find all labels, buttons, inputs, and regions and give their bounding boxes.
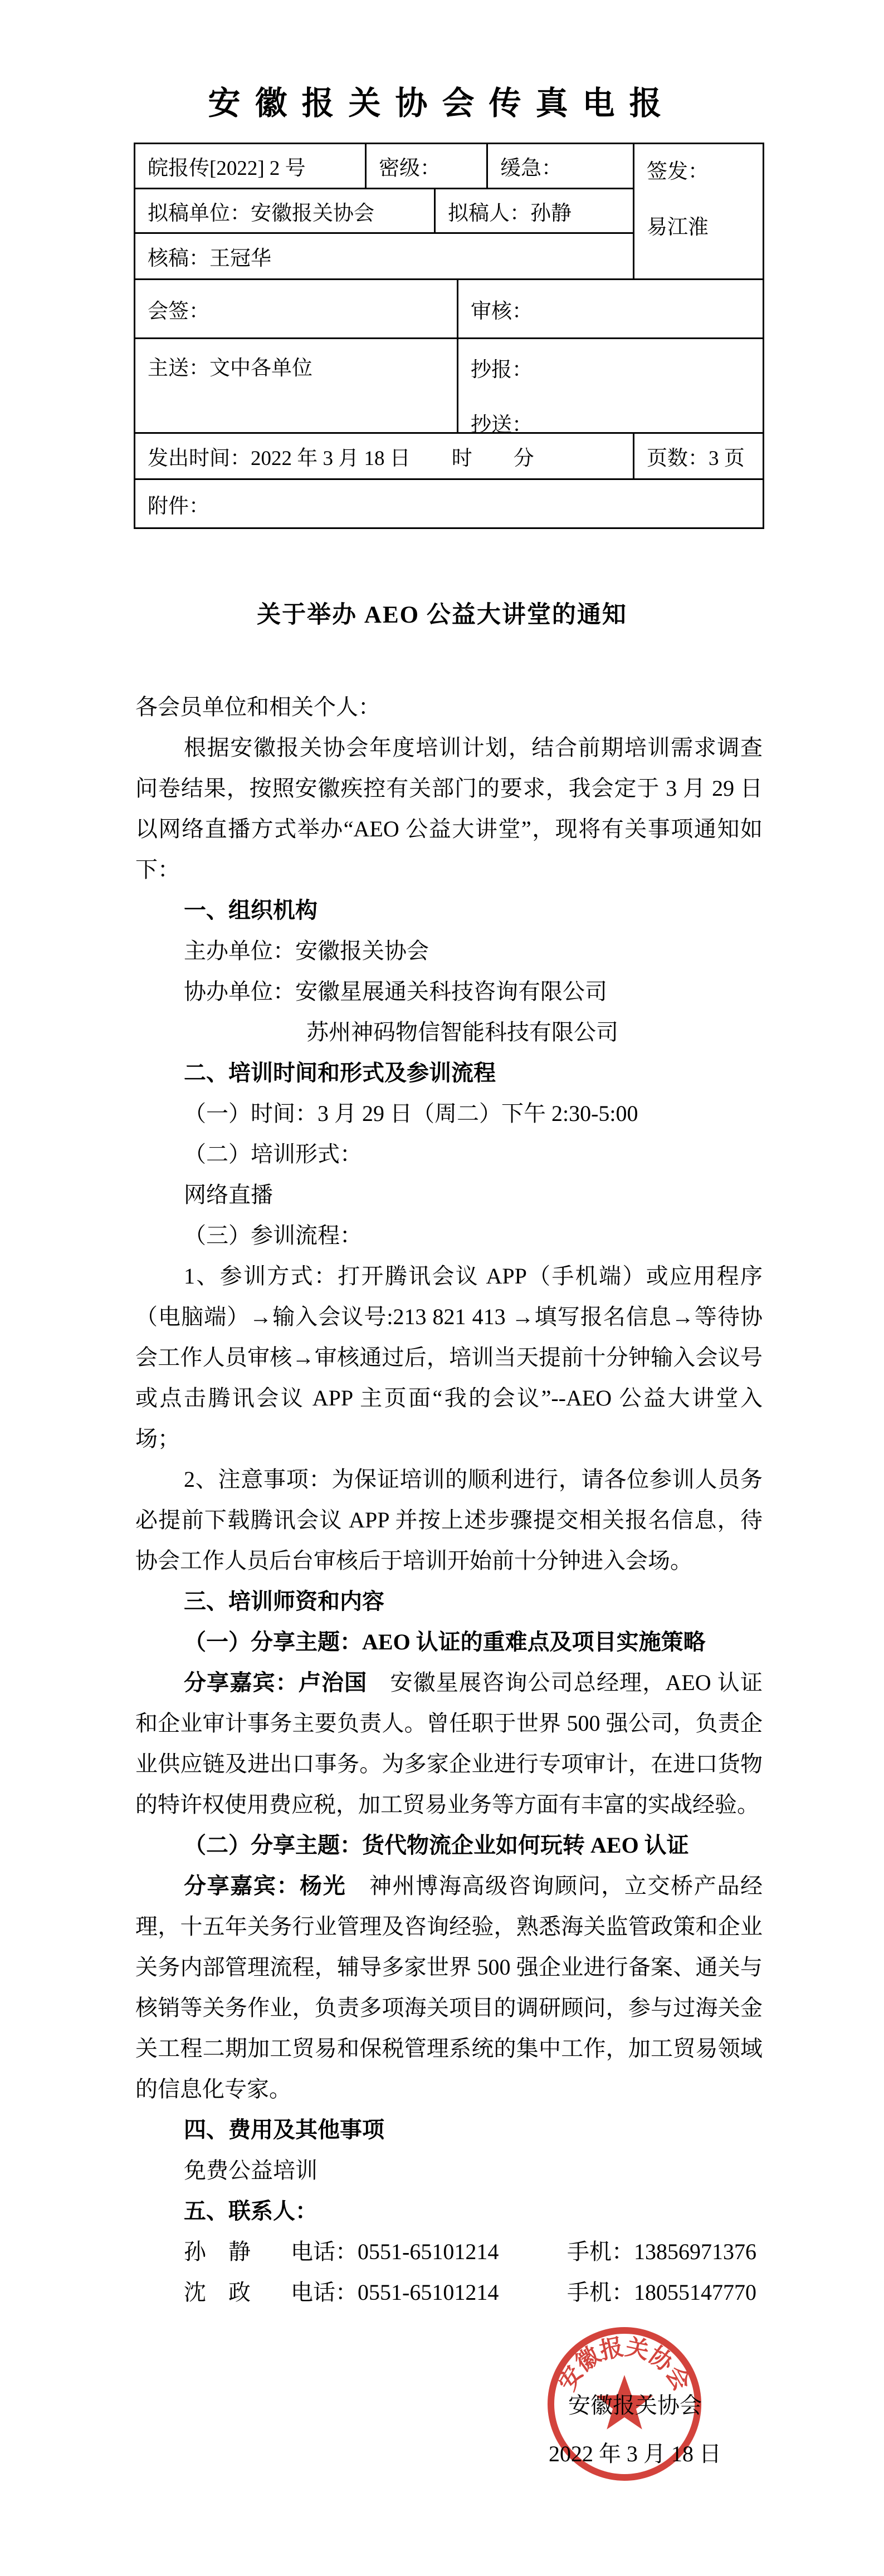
topic-1-line: （一）分享主题：AEO 认证的重难点及项目实施策略 bbox=[135, 1622, 763, 1662]
intro-paragraph: 根据安徽报关协会年度培训计划，结合前期培训需求调查问卷结果，按照安徽疾控有关部门… bbox=[135, 727, 763, 890]
section-2-heading: 二、培训时间和形式及参训流程 bbox=[135, 1052, 763, 1093]
host-unit-line: 主办单位：安徽报关协会 bbox=[135, 931, 763, 971]
copy-report-label: 抄报： bbox=[471, 352, 763, 383]
issuer-name: 易江淮 bbox=[647, 210, 763, 240]
cell-pages: 页数：3 页 bbox=[633, 434, 763, 480]
co-organizer-line-2: 苏州神码物信智能科技有限公司 bbox=[135, 1012, 763, 1052]
salutation: 各会员单位和相关个人： bbox=[135, 687, 763, 727]
cell-urgency: 缓急： bbox=[488, 144, 633, 189]
contact-1-mobile: 手机：13856971376 bbox=[567, 2239, 756, 2264]
guest-2-bio: 神州博海高级咨询顾问，立交桥产品经理，十五年关务行业管理及咨询经验，熟悉海关监管… bbox=[135, 1873, 763, 2102]
guest-1-paragraph: 分享嘉宾：卢治国 安徽星展咨询公司总经理，AEO 认证和企业审计事务主要负责人。… bbox=[135, 1662, 763, 1825]
contact-2-phone: 电话：0551-65101214 bbox=[291, 2272, 567, 2313]
contact-1-mobile-label: 手机： bbox=[567, 2239, 634, 2264]
fax-header-table: 皖报传[2022] 2 号 密级： 缓急： 签发： 易江淮 拟稿单位：安徽报关协… bbox=[134, 143, 764, 529]
cell-doc-number: 皖报传[2022] 2 号 bbox=[135, 144, 367, 189]
signature-org: 安徽报关协会 bbox=[501, 2388, 769, 2420]
contact-2-mobile-label: 手机： bbox=[567, 2280, 634, 2305]
notice-title: 关于举办 AEO 公益大讲堂的通知 bbox=[0, 596, 884, 630]
cell-reviewer: 核稿：王冠华 bbox=[135, 234, 633, 280]
contact-row-1: 孙 静电话：0551-65101214手机：13856971376 bbox=[135, 2231, 763, 2272]
cell-audit: 审核： bbox=[457, 280, 763, 339]
signature-date: 2022 年 3 月 18 日 bbox=[501, 2436, 769, 2468]
contact-row-2: 沈 政电话：0551-65101214手机：18055147770 bbox=[135, 2272, 763, 2313]
guest-2-name: 分享嘉宾：杨光 bbox=[184, 1873, 346, 1898]
cell-attachment: 附件： bbox=[135, 480, 763, 527]
contact-2-mobile: 手机：18055147770 bbox=[567, 2280, 756, 2305]
guest-1-name: 分享嘉宾：卢治国 bbox=[184, 1670, 367, 1695]
contact-2-mobile-number: 18055147770 bbox=[634, 2280, 756, 2305]
seal-char-3: 报 bbox=[598, 2334, 626, 2364]
cell-issuer: 签发： 易江淮 bbox=[633, 144, 763, 280]
contact-1-phone-number: 0551-65101214 bbox=[358, 2239, 499, 2264]
training-form-value: 网络直播 bbox=[135, 1174, 763, 1215]
section-1-heading: 一、组织机构 bbox=[135, 890, 763, 931]
contact-1-name: 孙 静 bbox=[184, 2231, 291, 2272]
contact-1-phone-label: 电话： bbox=[291, 2239, 358, 2264]
fax-masthead-title: 安徽报关协会传真电报 bbox=[0, 77, 884, 124]
cell-send-time: 发出时间：2022 年 3 月 18 日 时 分 bbox=[135, 434, 633, 480]
contact-2-phone-label: 电话： bbox=[291, 2280, 358, 2305]
contact-1-mobile-number: 13856971376 bbox=[634, 2239, 756, 2264]
fee-line: 免费公益培训 bbox=[135, 2150, 763, 2191]
cell-drafter: 拟稿人：孙静 bbox=[436, 189, 633, 234]
cell-drafting-unit: 拟稿单位：安徽报关协会 bbox=[135, 189, 436, 234]
training-form-label: （二）培训形式： bbox=[135, 1134, 763, 1174]
section-5-heading: 五、联系人： bbox=[135, 2191, 763, 2231]
section-3-heading: 三、培训师资和内容 bbox=[135, 1581, 763, 1622]
flow-step-2: 2、注意事项：为保证培训的顺利进行，请各位参训人员务必提前下载腾讯会议 APP … bbox=[135, 1459, 763, 1581]
signature-block: 安徽报关协会 2022 年 3 月 18 日 bbox=[501, 2388, 769, 2468]
flow-label: （三）参训流程： bbox=[135, 1215, 763, 1256]
issuer-label: 签发： bbox=[647, 154, 763, 184]
co-organizer-line: 协办单位：安徽星展通关科技咨询有限公司 bbox=[135, 971, 763, 1012]
contact-1-phone: 电话：0551-65101214 bbox=[291, 2231, 567, 2272]
training-time-line: （一）时间：3 月 29 日（周二）下午 2:30-5:00 bbox=[135, 1093, 763, 1134]
cell-main-send: 主送：文中各单位 bbox=[135, 339, 457, 434]
cell-copies: 抄报： 抄送： bbox=[457, 339, 763, 434]
fax-document-page: 安徽报关协会传真电报 皖报传[2022] 2 号 密级： 缓急： 签发： 易江淮… bbox=[0, 0, 884, 2576]
section-4-heading: 四、费用及其他事项 bbox=[135, 2109, 763, 2150]
topic-2-line: （二）分享主题：货代物流企业如何玩转 AEO 认证 bbox=[135, 1825, 763, 1865]
copy-send-label: 抄送： bbox=[471, 408, 763, 438]
flow-step-1: 1、参训方式：打开腾讯会议 APP（手机端）或应用程序（电脑端）→输入会议号:2… bbox=[135, 1256, 763, 1459]
contact-2-phone-number: 0551-65101214 bbox=[358, 2280, 499, 2305]
guest-2-paragraph: 分享嘉宾：杨光 神州博海高级咨询顾问，立交桥产品经理，十五年关务行业管理及咨询经… bbox=[135, 1865, 763, 2109]
notice-body: 各会员单位和相关个人： 根据安徽报关协会年度培训计划，结合前期培训需求调查问卷结… bbox=[135, 687, 763, 2313]
cell-secrecy: 密级： bbox=[367, 144, 488, 189]
cell-countersign: 会签： bbox=[135, 280, 457, 339]
contact-2-name: 沈 政 bbox=[184, 2272, 291, 2313]
